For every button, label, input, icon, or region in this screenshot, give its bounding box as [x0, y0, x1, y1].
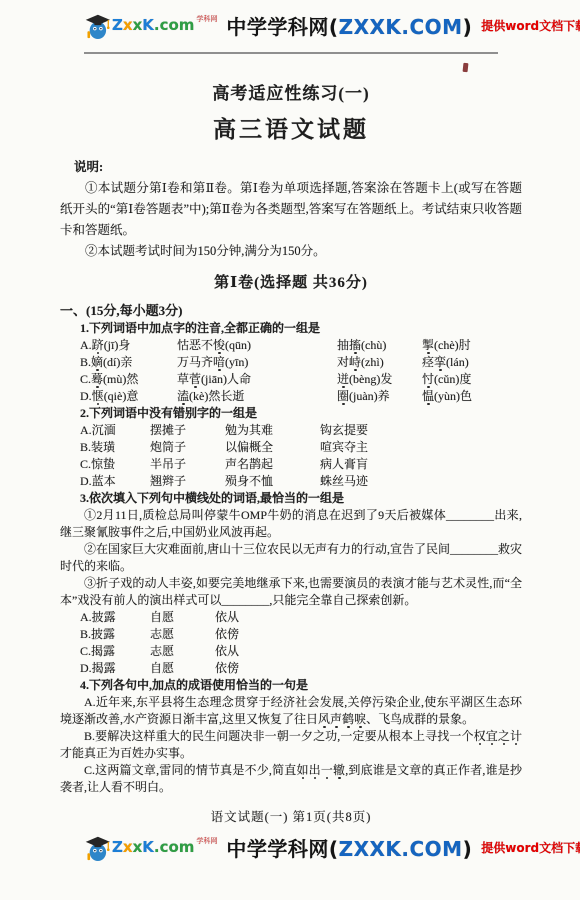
option-cell: 痉挛(lán) [422, 354, 522, 371]
dotted-char: 跻 [92, 338, 104, 352]
option-cell: 炮筒子 [150, 439, 225, 456]
question-paragraph: ①2月11日,质检总局叫停蒙牛OMP牛奶的消息在迟到了9天后被媒体_______… [60, 507, 522, 541]
site-title-suffix: ) [463, 837, 473, 861]
option-cell: D.揭露 [80, 660, 150, 677]
question-stem: 3.依次填入下列句中横线处的词语,最恰当的一组是 [60, 490, 522, 507]
site-title-suffix: ) [463, 15, 473, 39]
dotted-char: 出 [309, 763, 321, 777]
dotted-char: 喑 [213, 355, 225, 369]
site-title-prefix: 中学学科网( [226, 837, 338, 861]
logo-letter: x [133, 16, 143, 34]
logo-letter: K [142, 838, 154, 856]
question-stem: 1.下列词语中加点字的注音,全都正确的一组是 [60, 320, 522, 337]
question-paragraph: C.这两篇文章,雷同的情节真是不少,简直如出一辙,到底谁是文章的真正作者,谁是抄… [60, 762, 522, 796]
option-cell: C.揭露 [80, 643, 150, 660]
exam-subtitle: 高考适应性练习(一) [60, 79, 522, 104]
option-cell: 半吊子 [150, 456, 225, 473]
option-cell: C.蓦(mù)然 [80, 371, 177, 388]
dotted-char: 峙 [349, 355, 361, 369]
question-stem: 2.下列词语中没有错别字的一组是 [60, 405, 522, 422]
option-cell: 圈(juàn)养 [337, 388, 422, 405]
logo-letter: Z [112, 16, 123, 34]
logo-tag-text: 学科网 [196, 14, 217, 24]
question-paragraph: B.要解决这样重大的民生问题决非一朝一夕之功,一定要从根本上寻找一个权宜之计才能… [60, 728, 522, 762]
option-cell: 依从 [215, 643, 522, 660]
option-cell: 摆摊子 [150, 422, 225, 439]
option-cell: 抽搐(chù) [337, 337, 422, 354]
document-content: 高考适应性练习(一) 高三语文试题 说明:①本试题分第Ⅰ卷和第Ⅱ卷。第Ⅰ卷为单项… [60, 79, 522, 825]
option-cell: B.嫡(dí)亲 [80, 354, 177, 371]
option-cell: 依从 [215, 609, 522, 626]
option-cell: 蛛丝马迹 [320, 473, 522, 490]
dotted-char: 计 [510, 729, 522, 743]
site-banner-top: ZxxK.com 学科网 中学学科网(ZXXK.COM) 提供word文档下载 [84, 11, 498, 40]
logo-letter: x [123, 16, 133, 34]
option-row: B.嫡(dí)亲万马齐喑(yīn)对峙(zhì)痉挛(lán) [60, 354, 522, 371]
option-cell: 自愿 [150, 609, 215, 626]
question-paragraph: ③折子戏的动人丰姿,如要完美地继承下来,也需要演员的表演才能与艺术灵性,而“全本… [60, 575, 522, 609]
site-title-prefix: 中学学科网( [226, 15, 338, 39]
logo-letter: x [133, 838, 143, 856]
part-heading: 第Ⅰ卷(选择题 共36分) [60, 271, 522, 292]
option-cell: B.披露 [80, 626, 150, 643]
logo-tag-text: 学科网 [196, 836, 217, 846]
dotted-char: 声 [330, 712, 342, 726]
option-cell: 依傍 [215, 660, 522, 677]
exam-title: 高三语文试题 [60, 111, 522, 144]
dotted-char: 如 [296, 763, 308, 777]
dotted-char: 迸 [337, 372, 349, 386]
zxxk-mascot-icon [84, 834, 110, 862]
download-tagline: 提供word文档下载 [481, 839, 580, 856]
option-row: D.蓝本翘辫子殒身不恤蛛丝马迹 [60, 473, 522, 490]
option-cell: 万马齐喑(yīn) [177, 354, 337, 371]
dotted-char: 辙 [333, 763, 345, 777]
option-cell: 愠(yùn)色 [422, 388, 522, 405]
note-paragraph: ①本试题分第Ⅰ卷和第Ⅱ卷。第Ⅰ卷为单项选择题,答案涂在答题卡上(或写在答题纸开头… [60, 178, 522, 241]
dotted-char: 风 [318, 712, 330, 726]
dotted-char: 宜 [486, 729, 498, 743]
option-cell: 病人膏肓 [320, 456, 522, 473]
logo-letter: K [142, 16, 154, 34]
dotted-char: 惬 [92, 389, 104, 403]
option-cell: 以偏概全 [225, 439, 320, 456]
document-body: 说明:①本试题分第Ⅰ卷和第Ⅱ卷。第Ⅰ卷为单项选择题,答案涂在答题卡上(或写在答题… [60, 157, 522, 796]
dotted-char: 溘 [177, 389, 189, 403]
site-domain: ZXXK.COM [339, 837, 463, 861]
site-domain: ZXXK.COM [339, 15, 463, 39]
option-cell: B.装璜 [80, 439, 150, 456]
option-row: A.跻(jī)身怙恶不悛(qūn)抽搐(chù)掣(chè)肘 [60, 337, 522, 354]
option-row: D.揭露自愿依傍 [60, 660, 522, 677]
dotted-char: 鹤 [342, 712, 354, 726]
zxxk-mascot-icon [84, 12, 110, 40]
option-row: B.披露志愿依傍 [60, 626, 522, 643]
option-cell: 掣(chè)肘 [422, 337, 522, 354]
site-title: 中学学科网(ZXXK.COM) [226, 11, 472, 40]
zxxk-logo: ZxxK.com 学科网 [84, 12, 217, 40]
option-cell: 草菅(jiān)人命 [177, 371, 337, 388]
option-cell: C.惊蛰 [80, 456, 150, 473]
logo-letter: .com [154, 16, 195, 34]
option-cell: A.沉湎 [80, 422, 150, 439]
option-row: A.沉湎摆摊子勉为其难钩玄提要 [60, 422, 522, 439]
option-row: C.蓦(mù)然草菅(jiān)人命迸(bèng)发忖(cǔn)度 [60, 371, 522, 388]
zxxk-logo: ZxxK.com 学科网 [84, 834, 217, 862]
dotted-char: 掣 [422, 338, 434, 352]
section-marker: 一、(15分,每小题3分) [60, 302, 522, 320]
logo-wordmark: ZxxK.com [112, 840, 194, 855]
download-tagline: 提供word文档下载 [481, 17, 580, 34]
option-cell: 忖(cǔn)度 [422, 371, 522, 388]
option-cell: 勉为其难 [225, 422, 320, 439]
option-cell: 声名鹊起 [225, 456, 320, 473]
note-paragraph: ②本试题考试时间为150分钟,满分为150分。 [60, 241, 522, 262]
scan-artifact-mark [463, 63, 469, 72]
logo-letter: .com [154, 838, 195, 856]
option-cell: D.蓝本 [80, 473, 150, 490]
dotted-char: 权 [474, 729, 486, 743]
dotted-char: 搐 [349, 338, 361, 352]
dotted-char: 唳 [354, 712, 366, 726]
dotted-char: 蓦 [91, 372, 103, 386]
dotted-char: 圈 [337, 389, 349, 403]
logo-letter: x [123, 838, 133, 856]
logo-wordmark: ZxxK.com [112, 18, 194, 33]
option-cell: 依傍 [215, 626, 522, 643]
notes-label: 说明: [60, 157, 522, 178]
header-divider [84, 52, 498, 54]
dotted-char: 愠 [422, 389, 434, 403]
option-cell: D.惬(qiè)意 [80, 388, 177, 405]
page-footer: 语文试题(一) 第1页(共8页) [60, 807, 522, 825]
option-row: A.披露自愿依从 [60, 609, 522, 626]
option-cell: 殒身不恤 [225, 473, 320, 490]
scanned-exam-page: { "banner": { "logo": { "letters": [ {"c… [0, 0, 580, 900]
option-row: D.惬(qiè)意溘(kè)然长逝圈(juàn)养愠(yùn)色 [60, 388, 522, 405]
dotted-char: 悛 [213, 338, 225, 352]
logo-letter: Z [112, 838, 123, 856]
question-paragraph: A.近年来,东平县将生态理念贯穿于经济社会发展,关停污染企业,使东平湖区生态环境… [60, 694, 522, 728]
option-cell: 怙恶不悛(qūn) [177, 337, 337, 354]
dotted-char: 挛 [434, 355, 446, 369]
dotted-char: 嫡 [91, 355, 103, 369]
option-cell: 喧宾夺主 [320, 439, 522, 456]
option-row: C.惊蛰半吊子声名鹊起病人膏肓 [60, 456, 522, 473]
question-paragraph: ②在国家巨大灾难面前,唐山十三位农民以无声有力的行动,宣告了民间________… [60, 541, 522, 575]
dotted-char: 之 [498, 729, 510, 743]
site-banner-bottom: ZxxK.com 学科网 中学学科网(ZXXK.COM) 提供word文档下载 [84, 833, 498, 862]
option-cell: 迸(bèng)发 [337, 371, 422, 388]
dotted-char: 菅 [189, 372, 201, 386]
dotted-char: 一 [321, 763, 333, 777]
option-cell: A.披露 [80, 609, 150, 626]
option-cell: 自愿 [150, 660, 215, 677]
dotted-char: 忖 [422, 372, 434, 386]
option-cell: 志愿 [150, 643, 215, 660]
question-stem: 4.下列各句中,加点的成语使用恰当的一句是 [60, 677, 522, 694]
option-cell: 志愿 [150, 626, 215, 643]
option-cell: A.跻(jī)身 [80, 337, 177, 354]
option-cell: 翘辫子 [150, 473, 225, 490]
option-cell: 溘(kè)然长逝 [177, 388, 337, 405]
option-row: B.装璜炮筒子以偏概全喧宾夺主 [60, 439, 522, 456]
option-cell: 钩玄提要 [320, 422, 522, 439]
site-title: 中学学科网(ZXXK.COM) [226, 833, 472, 862]
option-row: C.揭露志愿依从 [60, 643, 522, 660]
option-cell: 对峙(zhì) [337, 354, 422, 371]
